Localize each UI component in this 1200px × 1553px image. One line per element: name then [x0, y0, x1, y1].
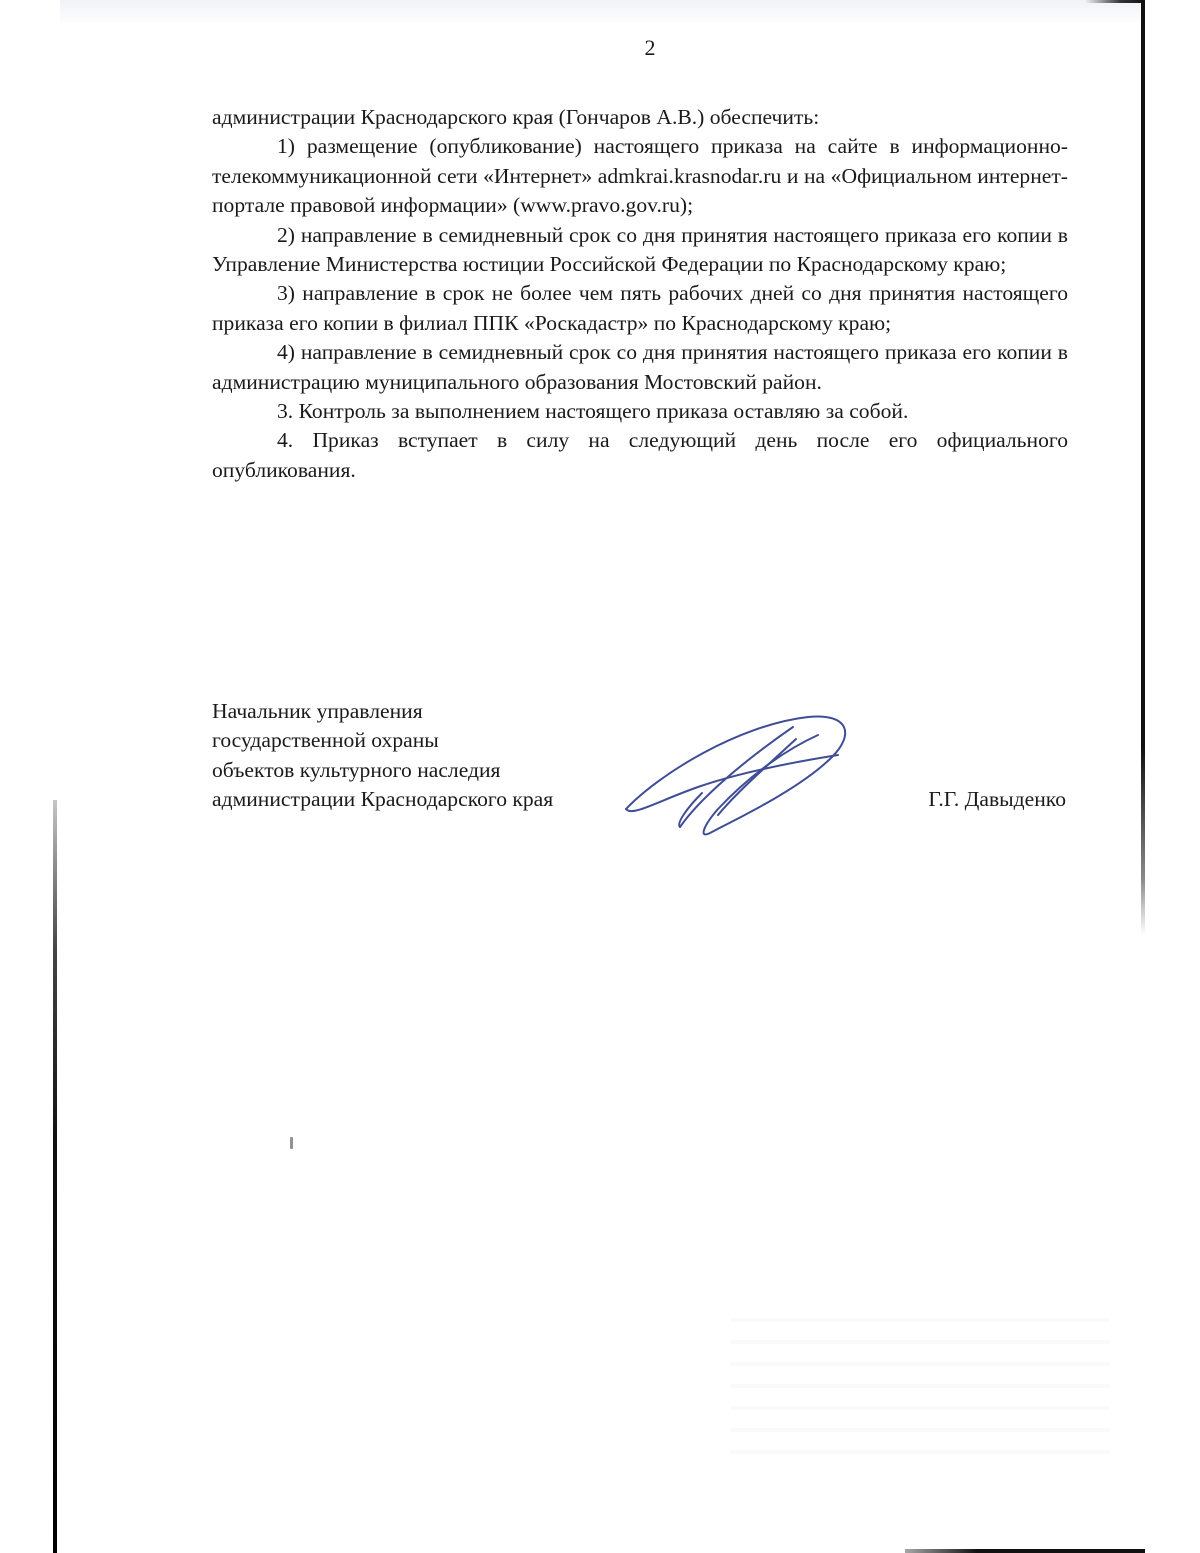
- scan-bleed-through: [730, 1300, 1110, 1460]
- paragraph-item-4-municipality: 4) направление в семидневный срок со дня…: [212, 338, 1068, 397]
- document-body: администрации Краснодарского края (Гонча…: [212, 103, 1068, 485]
- scan-edge-right: [1141, 0, 1145, 935]
- scan-top-smudge: [60, 0, 1140, 26]
- paragraph-effective-date-clause: 4. Приказ вступает в силу на следующий д…: [212, 426, 1068, 485]
- handwritten-signature-icon: [618, 705, 858, 845]
- paragraph-item-1-publication: 1) размещение (опубликование) настоящего…: [212, 132, 1068, 220]
- page-number: 2: [0, 34, 1200, 62]
- paragraph-continuation: администрации Краснодарского края (Гонча…: [212, 103, 1068, 132]
- paragraph-control-clause: 3. Контроль за выполнением настоящего пр…: [212, 397, 1068, 426]
- paragraph-item-3-roskadastr: 3) направление в срок не более чем пять …: [212, 279, 1068, 338]
- scan-edge-left: [53, 800, 57, 1553]
- scan-edge-bottom: [905, 1549, 1145, 1553]
- scan-speck: [290, 1137, 293, 1149]
- paragraph-item-2-justice-ministry: 2) направление в семидневный срок со дня…: [212, 221, 1068, 280]
- scan-edge-top: [1085, 0, 1145, 3]
- signer-name: Г.Г. Давыденко: [928, 785, 1066, 814]
